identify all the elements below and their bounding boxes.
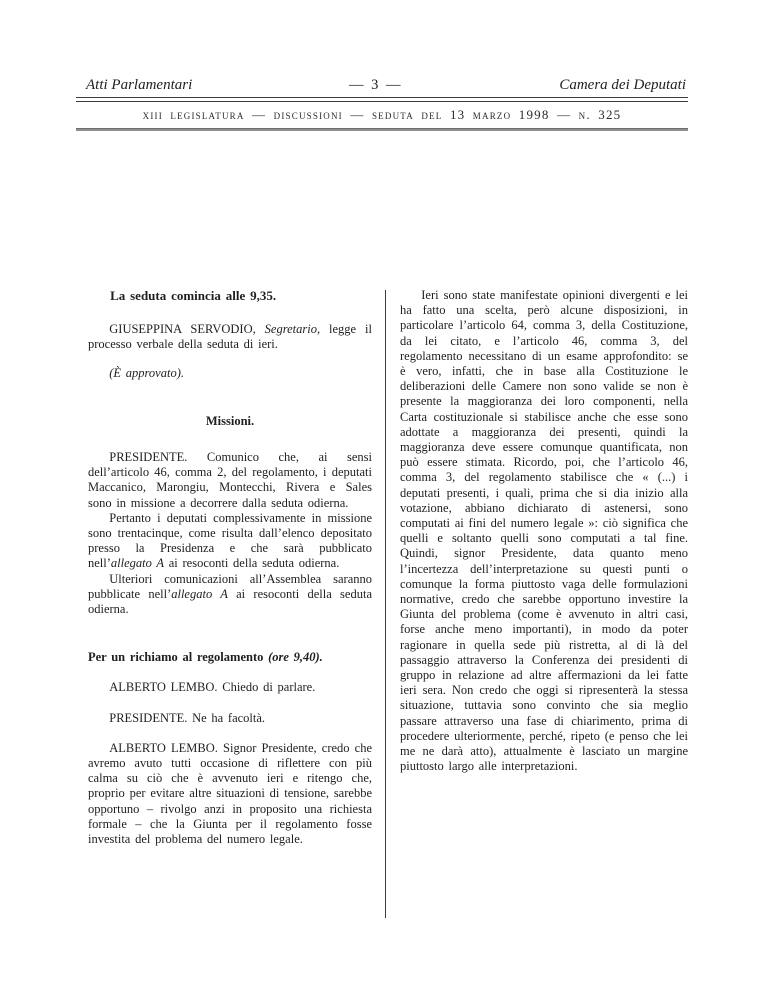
text-run: ALBERTO LEMBO. Signor Presidente, credo … [88,741,372,846]
paragraph-secretary: GIUSEPPINA SERVODIO, Segretario, legge i… [88,322,372,352]
text-run: (È approvato). [109,366,184,380]
text-run: (ore 9,40). [268,650,323,664]
text-run: La seduta comincia alle 9,35. [110,288,276,303]
text-run: allegato A [111,556,164,570]
text-run: Ieri sono state manifestate opinioni div… [400,288,688,773]
paragraph-president-missions: PRESIDENTE. Comunico che, ai sensi dell’… [88,450,372,511]
paragraph-missions-count: Pertanto i deputati complessivamente in … [88,511,372,572]
page-number: — 3 — [349,76,403,94]
paragraph-president-grants: PRESIDENTE. Ne ha facoltà. [88,711,372,726]
paragraph-further-communications: Ulteriori comunicazioni all’Assemblea sa… [88,572,372,618]
text-run: Segretario, [265,322,320,336]
session-start-line: La seduta comincia alle 9,35. [88,288,372,303]
header-bottom-rule [76,128,688,131]
section-heading-richiamo: Per un richiamo al regolamento (ore 9,40… [88,650,372,665]
document-page: Atti Parlamentari — 3 — Camera dei Deput… [0,0,768,994]
text-run: PRESIDENTE. Ne ha facoltà. [109,711,265,725]
paragraph-approved: (È approvato). [88,366,372,381]
page-header: Atti Parlamentari — 3 — Camera dei Deput… [76,76,688,131]
left-column: La seduta comincia alle 9,35.GIUSEPPINA … [88,288,372,847]
text-run: ALBERTO LEMBO. Chiedo di parlare. [109,680,315,694]
paragraph-lembo-request: ALBERTO LEMBO. Chiedo di parlare. [88,680,372,695]
journal-title: Atti Parlamentari [86,76,192,94]
text-run: ai resoconti della seduta odierna. [164,556,339,570]
text-run: GIUSEPPINA SERVODIO, [109,322,264,336]
text-run: allegato A [171,587,228,601]
text-run: PRESIDENTE. Comunico che, ai sensi dell’… [88,450,372,510]
column-divider-rule [385,290,386,918]
section-heading-missioni: Missioni. [88,414,372,429]
legislature-session-line: xiii legislatura — discussioni — seduta … [76,102,688,128]
right-column: Ieri sono state manifestate opinioni div… [400,288,688,847]
chamber-title: Camera dei Deputati [559,76,686,94]
paragraph-lembo-speech-continued: Ieri sono state manifestate opinioni div… [400,288,688,775]
text-run: Per un richiamo al regolamento [88,650,268,664]
text-run: Missioni. [206,414,254,428]
header-title-row: Atti Parlamentari — 3 — Camera dei Deput… [76,76,688,97]
text-columns: La seduta comincia alle 9,35.GIUSEPPINA … [88,288,688,847]
paragraph-lembo-speech: ALBERTO LEMBO. Signor Presidente, credo … [88,741,372,847]
